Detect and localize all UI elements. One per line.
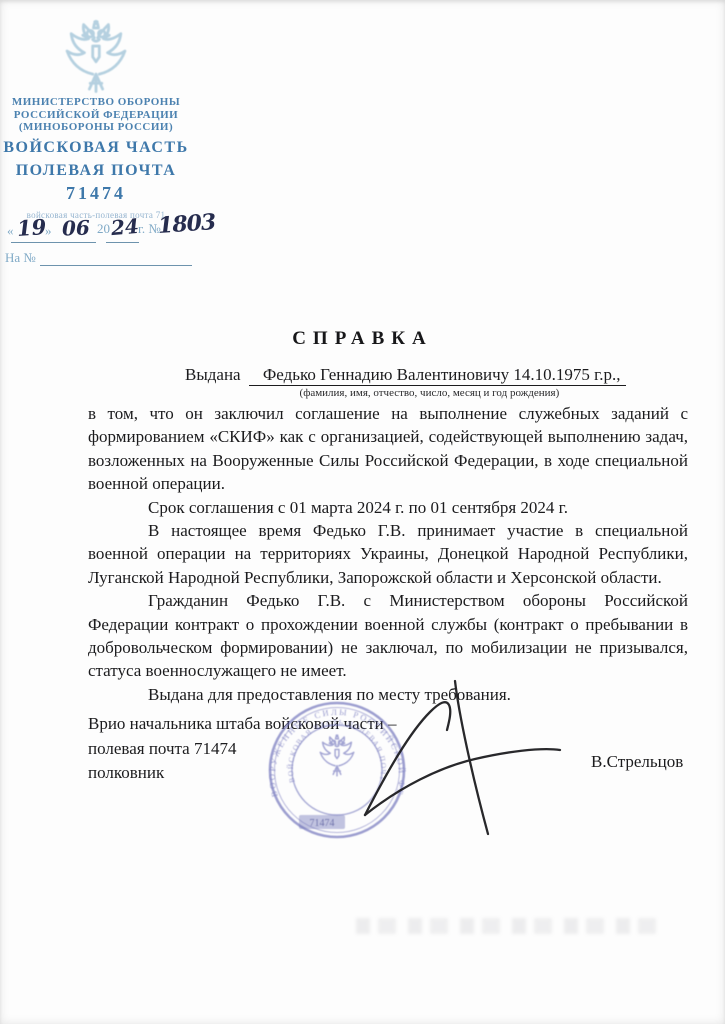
issued-note: (фамилия, имя, отчество, число, месяц и …	[300, 387, 560, 399]
year-underline	[106, 242, 139, 243]
date-number-line: « 19 » 06 20 24 г. № 1803	[0, 213, 260, 253]
date-open-quote: «	[7, 223, 14, 239]
handwritten-doc-number: 1803	[157, 209, 216, 239]
paragraph-agreement: в том, что он заключил соглашение на вып…	[88, 402, 688, 496]
handwritten-month: 06	[62, 216, 91, 241]
letterhead-unit-line1: ВОЙСКОВАЯ ЧАСТЬ	[0, 139, 204, 158]
signer-name: В.Стрельцов	[591, 752, 683, 772]
ministry-emblem-eagle-icon	[53, 18, 139, 94]
reference-label: На №	[5, 250, 36, 266]
document-title: СПРАВКА	[0, 328, 725, 350]
reference-line: На №	[0, 248, 260, 272]
reference-underline	[40, 265, 192, 266]
body-text: в том, что он заключил соглашение на вып…	[88, 402, 688, 706]
letterhead: МИНИСТЕРСТВО ОБОРОНЫ РОССИЙСКОЙ ФЕДЕРАЦИ…	[0, 18, 204, 220]
handwritten-signature	[340, 668, 572, 900]
paragraph-term: Срок соглашения с 01 марта 2024 г. по 01…	[88, 496, 688, 519]
issued-line: Выдана Федько Геннадию Валентиновичу 14.…	[185, 365, 655, 385]
date-underline	[11, 242, 96, 243]
handwritten-year: 24	[110, 214, 140, 240]
handwritten-day: 19	[16, 214, 47, 241]
scanned-certificate-page: МИНИСТЕРСТВО ОБОРОНЫ РОССИЙСКОЙ ФЕДЕРАЦИ…	[0, 0, 725, 1024]
date-close-quote: »	[45, 223, 52, 239]
stamp-bottom-banner: 71474	[299, 815, 345, 829]
letterhead-org-line3: (МИНОБОРОНЫ РОССИИ)	[0, 121, 204, 134]
scan-artifact	[356, 918, 660, 934]
letterhead-org-line2: РОССИЙСКОЙ ФЕДЕРАЦИИ	[0, 109, 204, 122]
issued-label: Выдана	[185, 365, 241, 384]
date-year-prefix: 20	[97, 221, 110, 237]
issued-person-value: Федько Геннадию Валентиновичу 14.10.1975…	[249, 365, 627, 386]
letterhead-unit-number: 71474	[0, 183, 204, 203]
letterhead-unit-line2: ПОЛЕВАЯ ПОЧТА	[0, 162, 204, 181]
paragraph-participation: В настоящее время Федько Г.В. принимает …	[88, 519, 688, 589]
letterhead-org-line1: МИНИСТЕРСТВО ОБОРОНЫ	[0, 96, 204, 109]
stamp-banner-number: 71474	[310, 818, 335, 829]
